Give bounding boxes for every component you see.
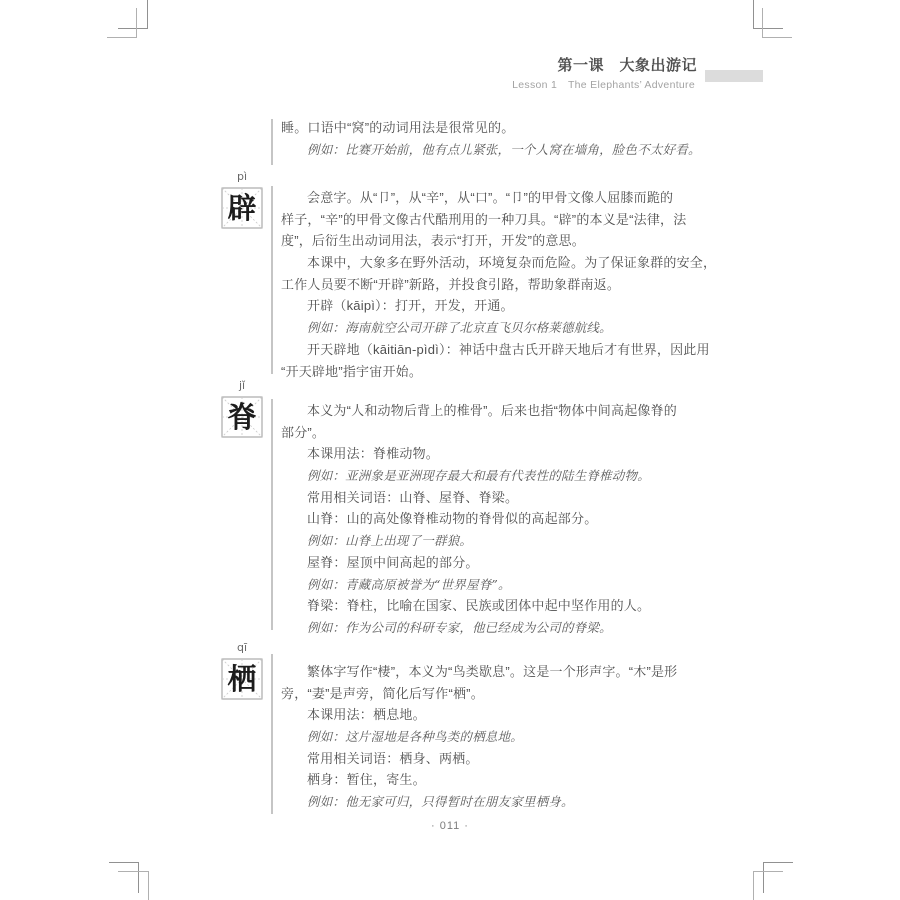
text-line: 脊梁：脊柱，比喻在国家、民族或团体中起中坚作用的人。 <box>281 595 705 617</box>
text-line: 工作人员要不断“开辟”新路，并投食引路，帮助象群南返。 <box>281 274 705 296</box>
character-grid-box: 辟 <box>221 186 263 230</box>
crop-mark-top-left <box>118 28 148 29</box>
crop-mark-bottom-right <box>763 862 793 863</box>
section-rule <box>271 399 273 630</box>
example-line: 例如：他无家可归，只得暂时在朋友家里栖身。 <box>281 791 705 813</box>
text-line: 旁，“妻”是声旁，简化后写作“栖”。 <box>281 683 705 705</box>
character-grid-box: 脊 <box>221 395 263 439</box>
pinyin-label: jǐ <box>222 379 262 392</box>
crop-mark-top-right <box>762 8 763 38</box>
text-line: 样子，“辛”的甲骨文像古代酷刑用的一种刀具。“辟”的本义是“法律，法 <box>281 209 705 231</box>
pinyin-label: qī <box>222 641 262 654</box>
text-line: 部分”。 <box>281 422 705 444</box>
text-line: 开天辟地（kāitiān-pìdì）：神话中盘古氏开辟天地后才有世界，因此用 <box>281 339 705 361</box>
text-line: “开天辟地”指宇宙开始。 <box>281 361 705 383</box>
text-line: 度”，后衍生出动词用法，表示“打开，开发”的意思。 <box>281 230 705 252</box>
crop-mark-top-right <box>762 37 792 38</box>
text-line: 山脊：山的高处像脊椎动物的脊骨似的高起部分。 <box>281 508 705 530</box>
text-line: 本义为“人和动物后背上的椎骨”。后来也指“物体中间高起像脊的 <box>281 400 705 422</box>
example-line: 例如：海南航空公司开辟了北京直飞贝尔格莱德航线。 <box>281 317 705 339</box>
entry-lines: 会意字。从“卩”，从“辛”，从“口”。“卩”的甲骨文像人屈膝而跪的样子，“辛”的… <box>281 187 705 382</box>
section-rule <box>271 186 273 374</box>
page-number: · 011 · <box>0 820 900 832</box>
text-line: 常用相关词语：栖身、两栖。 <box>281 748 705 770</box>
headword-character: 辟 <box>227 191 256 225</box>
text-line: 本课中，大象多在野外活动，环境复杂而危险。为了保证象群的安全， <box>281 252 705 274</box>
text-line: 屋脊：屋顶中间高起的部分。 <box>281 552 705 574</box>
lesson-title-en: Lesson 1 The Elephants’ Adventure <box>512 77 695 92</box>
crop-mark-bottom-right <box>763 862 764 893</box>
character-grid-box: 栖 <box>221 657 263 701</box>
header-decoration-bar <box>705 70 763 82</box>
pinyin-label: pì <box>222 170 262 183</box>
headword-character: 栖 <box>227 662 256 696</box>
crop-mark-bottom-left <box>138 862 139 893</box>
text-line: 开辟（kāipì）：打开，开发，开通。 <box>281 295 705 317</box>
example-line: 例如：亚洲象是亚洲现存最大和最有代表性的陆生脊椎动物。 <box>281 465 705 487</box>
crop-mark-bottom-left <box>148 871 149 900</box>
section-rule <box>271 654 273 814</box>
entry-lines: 本义为“人和动物后背上的椎骨”。后来也指“物体中间高起像脊的部分”。本课用法：脊… <box>281 400 705 639</box>
example-line: 例如：作为公司的科研专家，他已经成为公司的脊梁。 <box>281 617 705 639</box>
book-page: 第一课 大象出游记 Lesson 1 The Elephants’ Advent… <box>0 0 900 900</box>
example-line: 例如：山脊上出现了一群狼。 <box>281 530 705 552</box>
text-line: 常用相关词语：山脊、屋脊、脊梁。 <box>281 487 705 509</box>
crop-mark-bottom-left <box>118 871 148 872</box>
example-line: 例如：青藏高原被誉为“世界屋脊”。 <box>281 574 705 596</box>
crop-mark-top-left <box>136 8 137 38</box>
crop-mark-top-left <box>147 0 148 28</box>
text-line: 栖身：暂住，寄生。 <box>281 769 705 791</box>
crop-mark-top-right <box>753 28 783 29</box>
crop-mark-top-right <box>753 0 754 28</box>
text-line: 繁体字写作“棲”，本义为“鸟类歇息”。这是一个形声字。“木”是形 <box>281 661 705 683</box>
text-line: 本课用法：脊椎动物。 <box>281 443 705 465</box>
headword-character: 脊 <box>227 400 256 434</box>
crop-mark-top-left <box>107 37 137 38</box>
intro-lines: 睡。口语中“窝”的动词用法是很常见的。例如：比赛开始前，他有点儿紧张，一个人窝在… <box>281 117 705 160</box>
crop-mark-bottom-right <box>753 871 783 872</box>
section-rule <box>271 119 273 165</box>
text-line: 会意字。从“卩”，从“辛”，从“口”。“卩”的甲骨文像人屈膝而跪的 <box>281 187 705 209</box>
text-line: 睡。口语中“窝”的动词用法是很常见的。 <box>281 117 705 139</box>
crop-mark-bottom-right <box>753 871 754 900</box>
crop-mark-bottom-left <box>109 862 139 863</box>
example-line: 例如：比赛开始前，他有点儿紧张，一个人窝在墙角，脸色不太好看。 <box>281 139 705 161</box>
entry-lines: 繁体字写作“棲”，本义为“鸟类歇息”。这是一个形声字。“木”是形旁，“妻”是声旁… <box>281 661 705 813</box>
lesson-title-cn: 第一课 大象出游记 <box>557 54 697 75</box>
example-line: 例如：这片湿地是各种鸟类的栖息地。 <box>281 726 705 748</box>
text-line: 本课用法：栖息地。 <box>281 704 705 726</box>
